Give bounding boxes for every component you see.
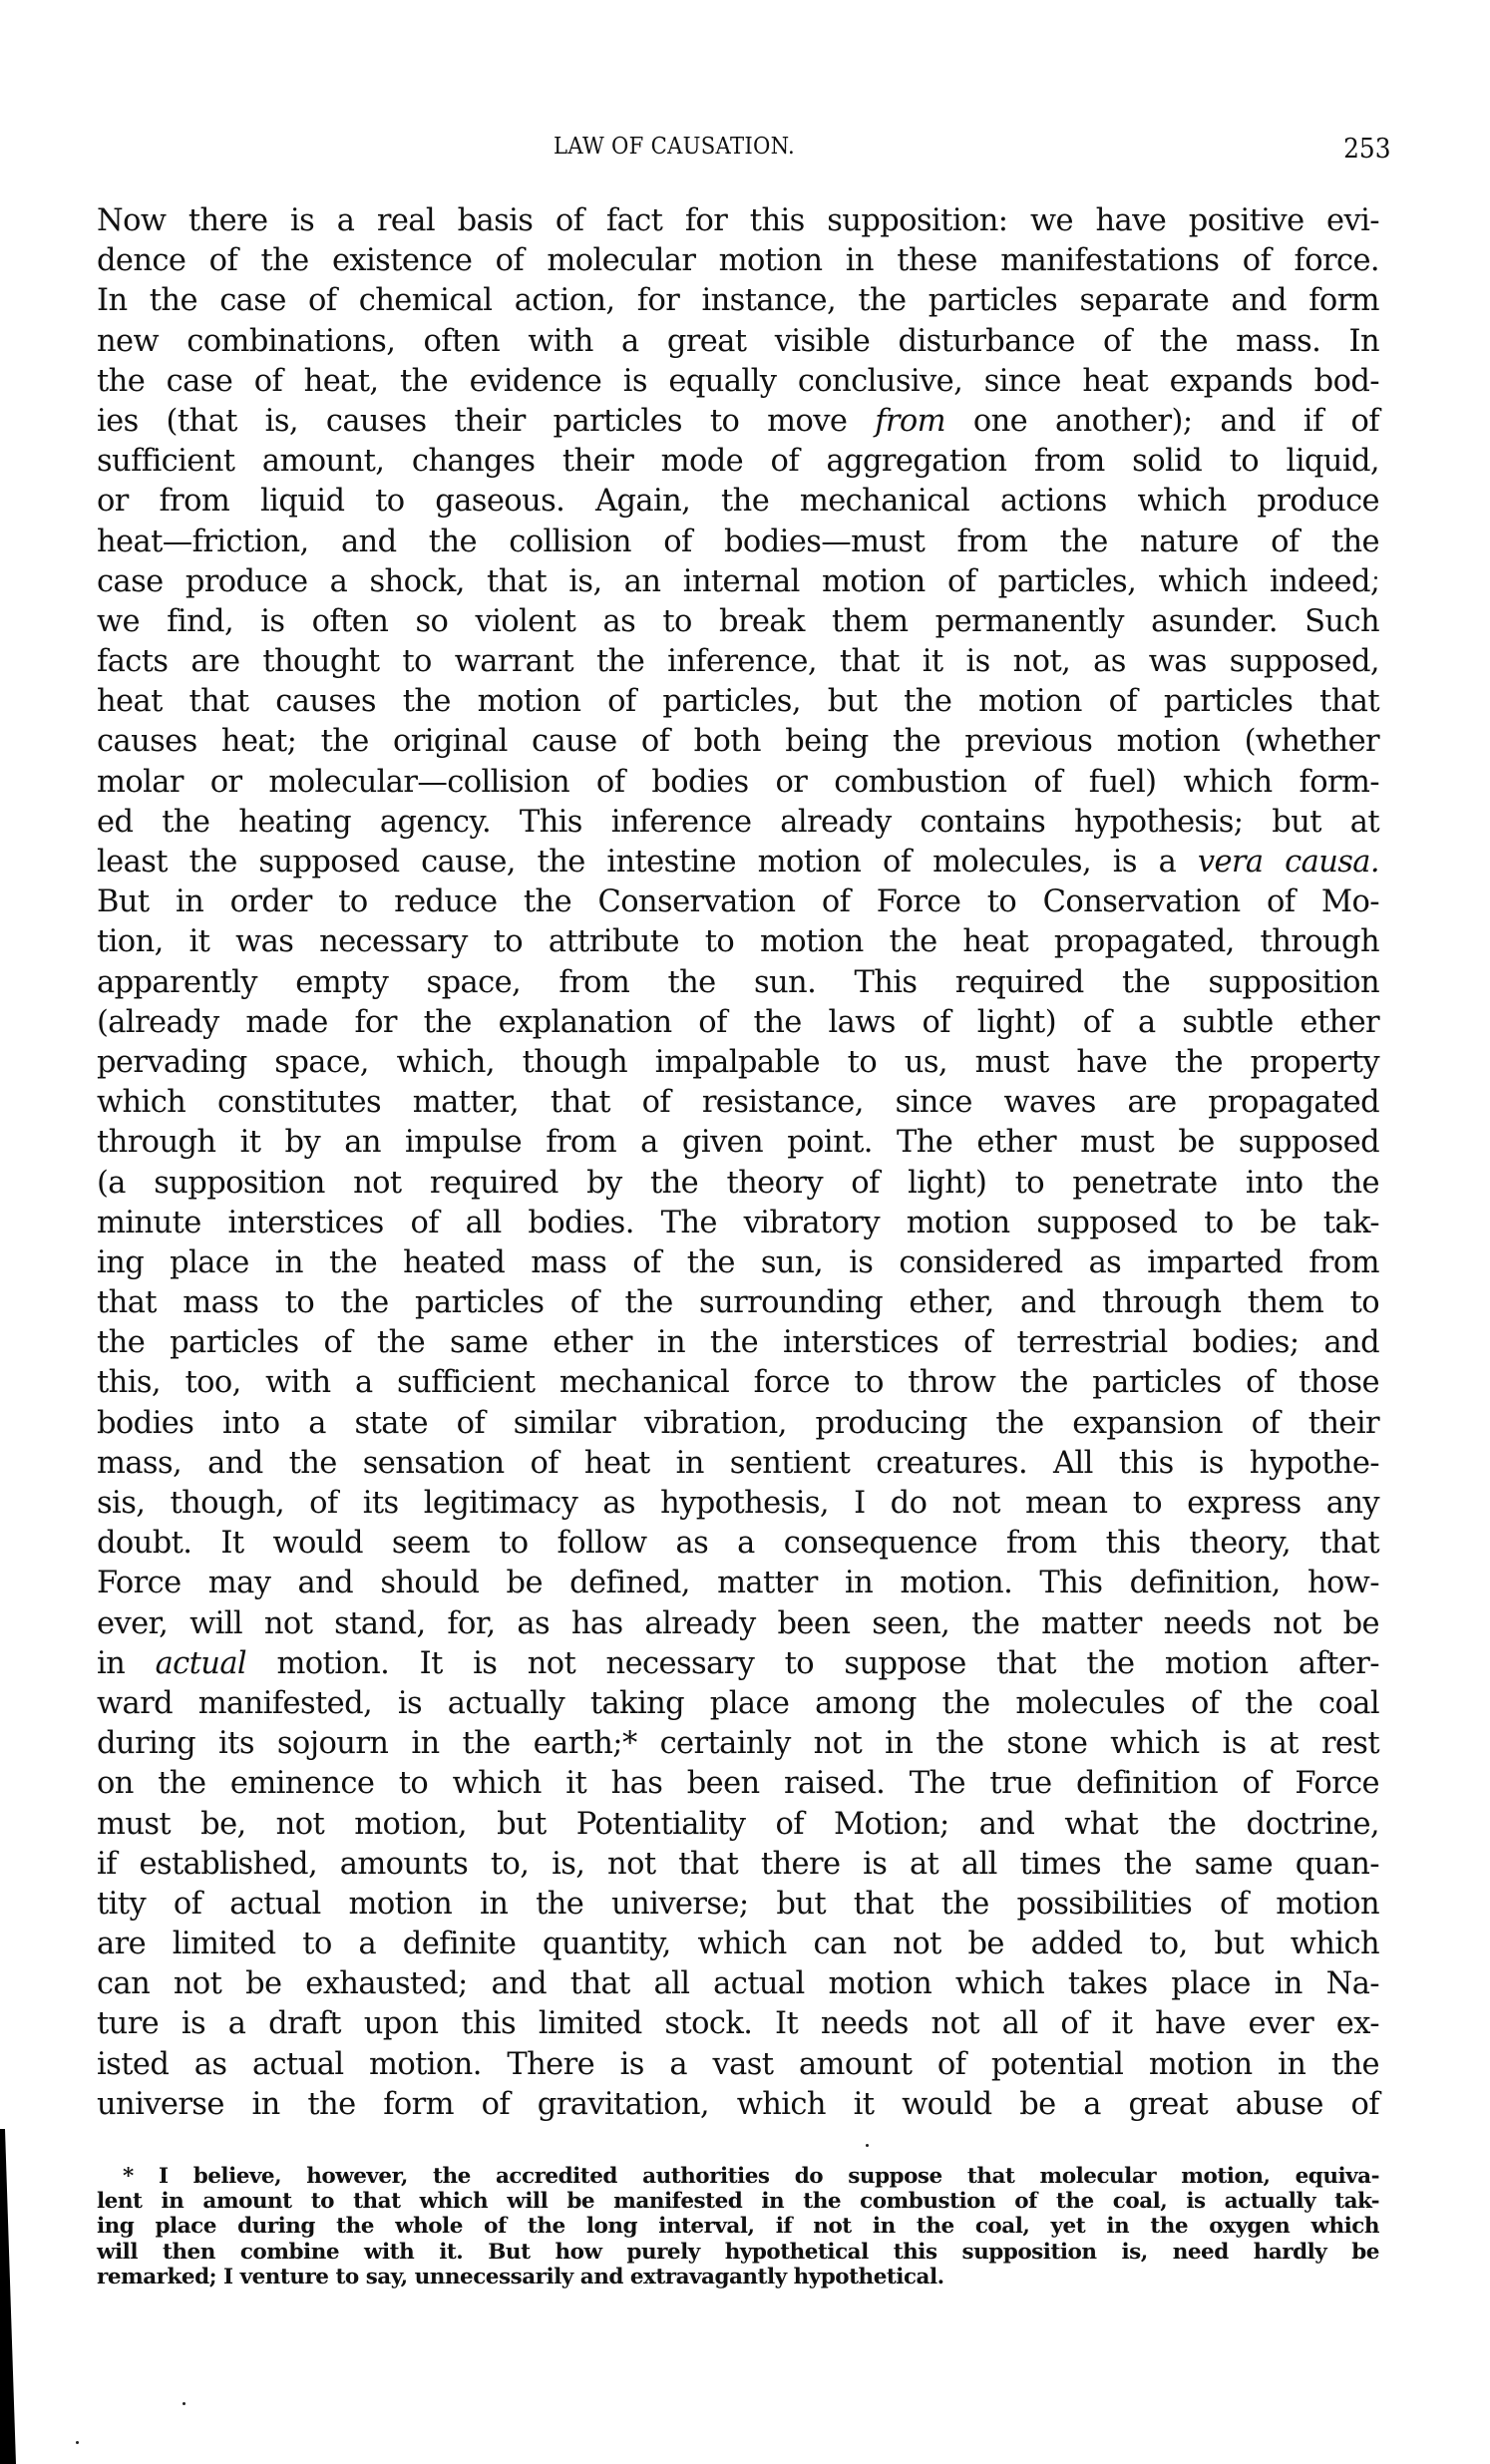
scan-edge-shadow xyxy=(0,2129,16,2464)
body-line: heat—friction, and the collision of bodi… xyxy=(97,523,1379,562)
body-line: Force may and should be defined, matter … xyxy=(97,1564,1379,1603)
body-line: ever, will not stand, for, as has alread… xyxy=(97,1604,1379,1644)
body-line: in actual motion. It is not necessary to… xyxy=(97,1644,1379,1684)
body-line: or from liquid to gaseous. Again, the me… xyxy=(97,482,1379,522)
body-line: case produce a shock, that is, an intern… xyxy=(97,562,1379,602)
body-line: least the supposed cause, the intestine … xyxy=(97,843,1379,882)
body-line: apparently empty space, from the sun. Th… xyxy=(97,963,1379,1003)
footnote-line: lent in amount to that which will be man… xyxy=(97,2189,1379,2214)
book-page: LAW OF CAUSATION. 253 Now there is a rea… xyxy=(0,0,1490,2464)
body-text: Now there is a real basis of fact for th… xyxy=(97,201,1379,2125)
body-line: pervading space, which, though impalpabl… xyxy=(97,1043,1379,1083)
body-line: tion, it was necessary to attribute to m… xyxy=(97,922,1379,962)
body-line: facts are thought to warrant the inferen… xyxy=(97,642,1379,682)
body-line: which constitutes matter, that of resist… xyxy=(97,1083,1379,1123)
text-run: one another); and if of xyxy=(945,404,1379,439)
body-line: But in order to reduce the Conservation … xyxy=(97,882,1379,922)
text-run: least the supposed cause, the intestine … xyxy=(97,845,1198,880)
body-line: ing place in the heated mass of the sun,… xyxy=(97,1243,1379,1283)
body-line: can not be exhausted; and that all actua… xyxy=(97,1964,1379,2004)
body-line: the particles of the same ether in the i… xyxy=(97,1323,1379,1363)
body-line: In the case of chemical action, for inst… xyxy=(97,281,1379,321)
body-line: heat that causes the motion of particles… xyxy=(97,682,1379,722)
body-line: if established, amounts to, is, not that… xyxy=(97,1845,1379,1885)
body-line: ies (that is, causes their particles to … xyxy=(97,402,1379,442)
footnote-line: remarked; I venture to say, unnecessaril… xyxy=(97,2265,1379,2289)
italic-emphasis: vera causa. xyxy=(1198,845,1379,880)
body-line: Now there is a real basis of fact for th… xyxy=(97,201,1379,241)
footnote-line: ing place during the whole of the long i… xyxy=(97,2214,1379,2239)
text-run: motion. It is not necessary to suppose t… xyxy=(246,1646,1379,1681)
body-line: minute interstices of all bodies. The vi… xyxy=(97,1204,1379,1243)
text-run: ies (that is, causes their particles to … xyxy=(97,404,875,439)
body-line: during its sojourn in the earth;* certai… xyxy=(97,1724,1379,1764)
scan-speck xyxy=(1374,576,1377,579)
body-line: mass, and the sensation of heat in senti… xyxy=(97,1444,1379,1484)
italic-emphasis: from xyxy=(875,404,945,439)
body-line: that mass to the particles of the surrou… xyxy=(97,1283,1379,1323)
body-line: ward manifested, is actually taking plac… xyxy=(97,1684,1379,1724)
page-number: 253 xyxy=(1344,134,1391,165)
body-line: must be, not motion, but Potentiality of… xyxy=(97,1805,1379,1845)
body-line: are limited to a definite quantity, whic… xyxy=(97,1925,1379,1964)
body-line: the case of heat, the evidence is equall… xyxy=(97,362,1379,402)
footnote-line: will then combine with it. But how purel… xyxy=(97,2240,1379,2265)
body-line: universe in the form of gravitation, whi… xyxy=(97,2085,1379,2125)
body-line: we find, is often so violent as to break… xyxy=(97,602,1379,642)
body-line: doubt. It would seem to follow as a cons… xyxy=(97,1524,1379,1564)
italic-emphasis: actual xyxy=(156,1646,247,1681)
scan-speck xyxy=(76,2441,79,2444)
body-line: on the eminence to which it has been rai… xyxy=(97,1764,1379,1804)
body-line: tity of actual motion in the universe; b… xyxy=(97,1885,1379,1925)
body-line: ture is a draft upon this limited stock.… xyxy=(97,2004,1379,2044)
footnote: * I believe, however, the accredited aut… xyxy=(97,2164,1379,2289)
body-line: through it by an impulse from a given po… xyxy=(97,1123,1379,1163)
body-line: bodies into a state of similar vibration… xyxy=(97,1404,1379,1444)
body-line: molar or molecular—collision of bodies o… xyxy=(97,763,1379,803)
body-line: sufficient amount, changes their mode of… xyxy=(97,442,1379,482)
text-run: in xyxy=(97,1646,156,1681)
body-line: sis, though, of its legitimacy as hypoth… xyxy=(97,1484,1379,1524)
scan-speck xyxy=(183,2402,186,2405)
body-line: ed the heating agency. This inference al… xyxy=(97,803,1379,843)
body-line: dence of the existence of molecular moti… xyxy=(97,241,1379,281)
scan-speck xyxy=(866,2144,869,2147)
running-head: LAW OF CAUSATION. 253 xyxy=(97,128,1391,168)
body-line: this, too, with a sufficient mechanical … xyxy=(97,1363,1379,1403)
body-line: (a supposition not required by the theor… xyxy=(97,1164,1379,1204)
body-line: causes heat; the original cause of both … xyxy=(97,722,1379,762)
body-line: isted as actual motion. There is a vast … xyxy=(97,2045,1379,2085)
body-line: (already made for the explanation of the… xyxy=(97,1003,1379,1043)
body-line: new combinations, often with a great vis… xyxy=(97,322,1379,362)
footnote-line: * I believe, however, the accredited aut… xyxy=(97,2164,1379,2189)
running-title: LAW OF CAUSATION. xyxy=(554,134,795,160)
